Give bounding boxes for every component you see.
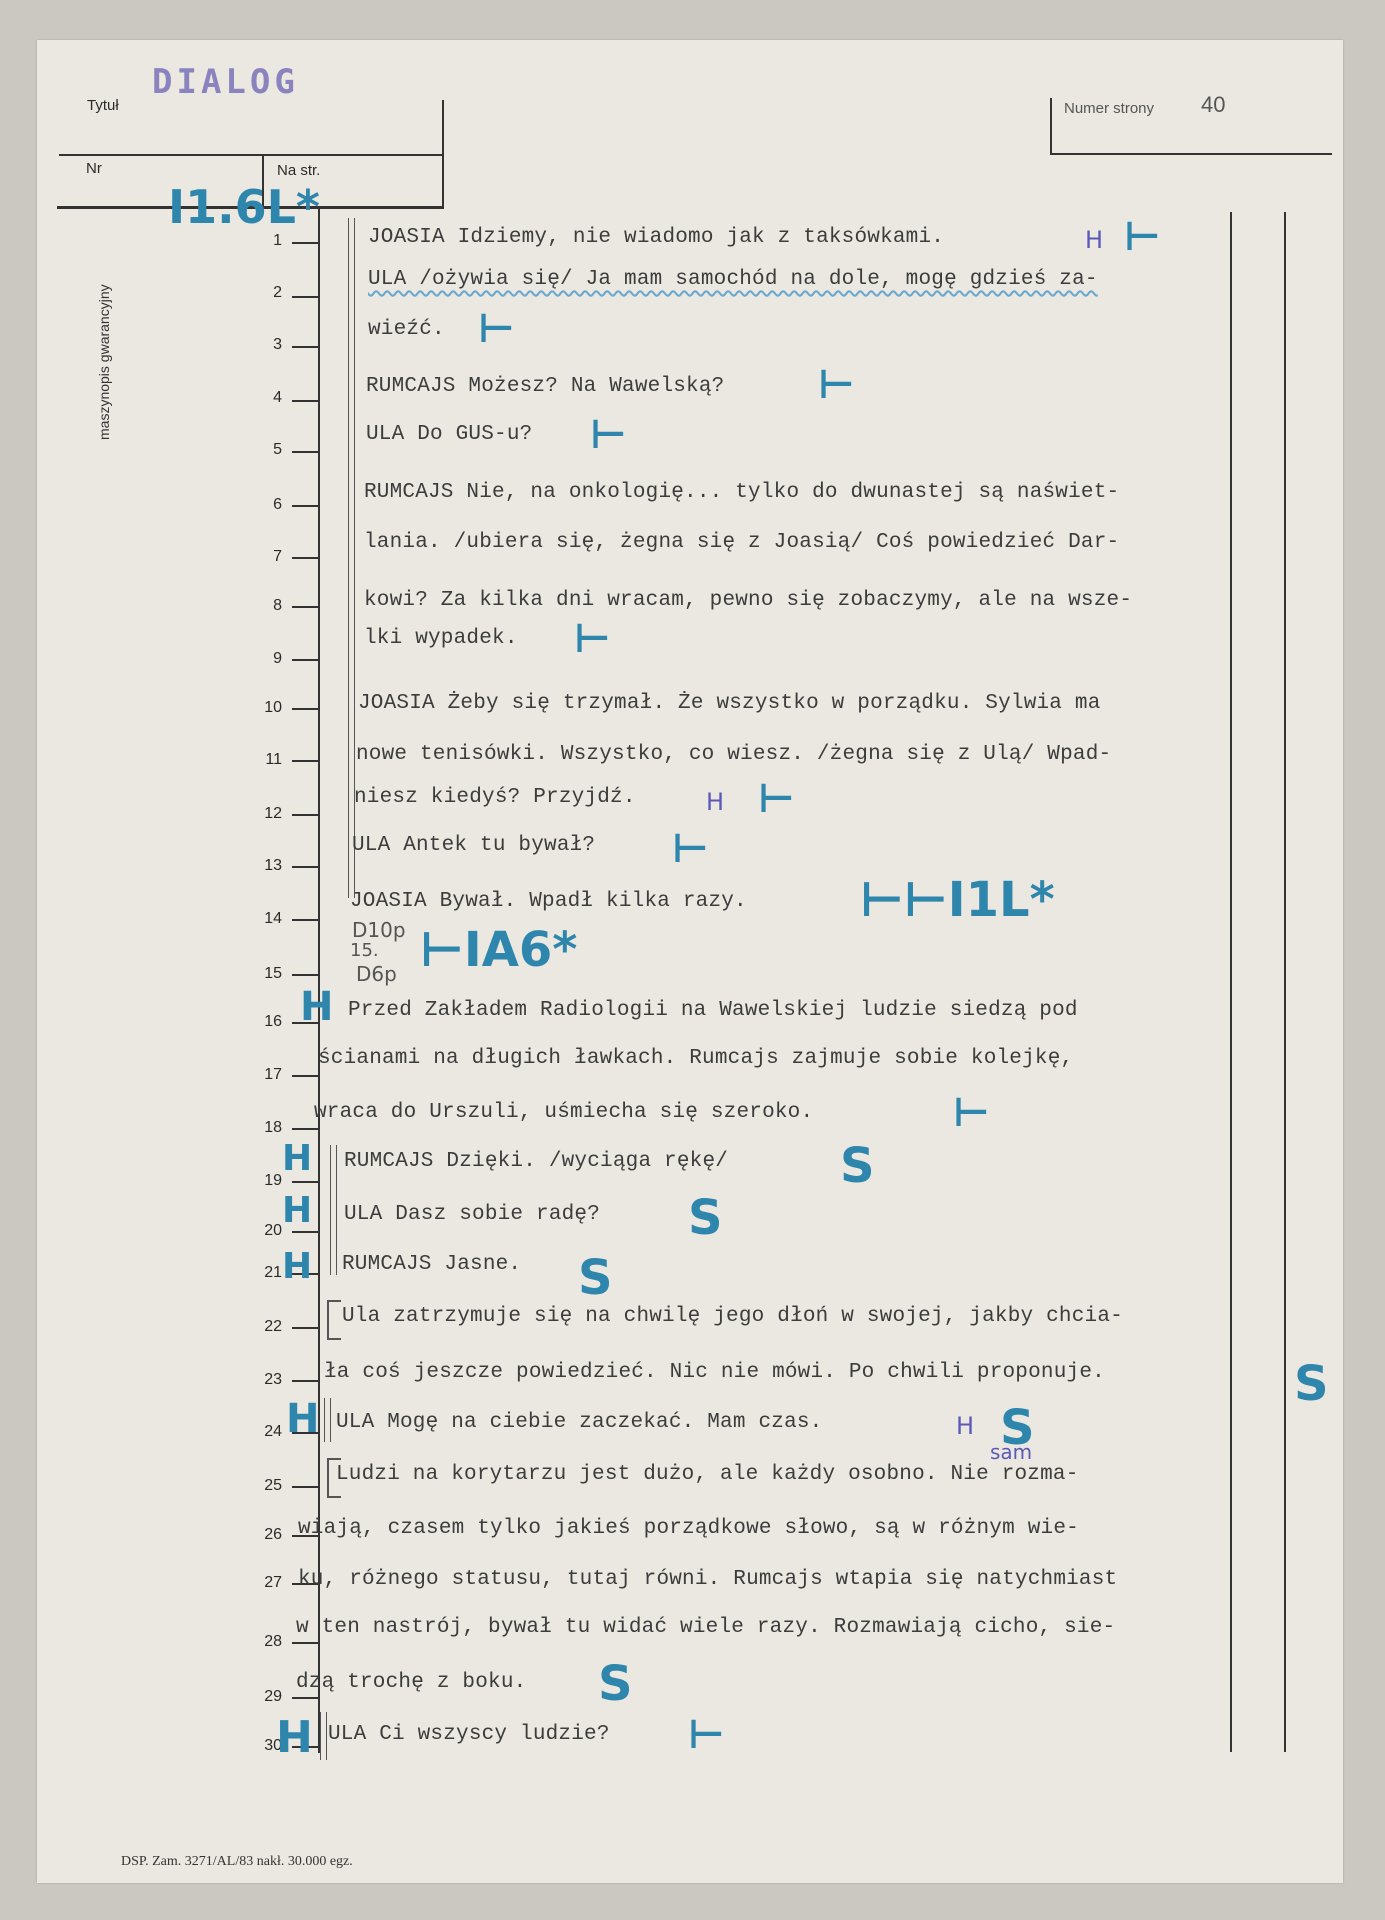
line-tick bbox=[292, 919, 318, 921]
cut-mark-icon: ⊢ bbox=[574, 616, 611, 662]
title-stamp: DIALOG bbox=[152, 62, 299, 102]
s-mark-icon: S bbox=[1000, 1400, 1035, 1456]
print-footer: DSP. Zam. 3271/AL/83 nakł. 30.000 egz. bbox=[121, 1854, 353, 1870]
line-number: 1 bbox=[256, 232, 282, 250]
handwritten-note: 15. bbox=[350, 940, 379, 961]
stage-direction-underlined: ULA /ożywia się/ Ja mam samochód na dole… bbox=[368, 268, 1098, 291]
cut-mark-icon: ⊢ bbox=[953, 1090, 990, 1136]
line-number: 23 bbox=[256, 1371, 282, 1389]
line-tick bbox=[292, 1231, 318, 1233]
line-tick bbox=[292, 400, 318, 402]
line-number: 9 bbox=[256, 650, 282, 668]
cut-mark-icon: ⊢ bbox=[590, 412, 627, 458]
page-number: 40 bbox=[1201, 92, 1225, 118]
right-margin-line-2 bbox=[1284, 212, 1286, 1752]
script-line: w ten nastrój, bywał tu widać wiele razy… bbox=[296, 1616, 1115, 1639]
line-tick bbox=[292, 505, 318, 507]
script-line: RUMCAJS Jasne. bbox=[342, 1253, 521, 1276]
line-tick bbox=[292, 760, 318, 762]
page-number-label: Numer strony bbox=[1064, 100, 1154, 117]
cut-mark-icon: ⊢ bbox=[672, 826, 709, 872]
nr-label: Nr bbox=[86, 160, 102, 177]
page-number-box-bottom bbox=[1050, 153, 1332, 155]
cut-mark-icon: ⊢ bbox=[688, 1712, 725, 1758]
s-mark-icon: S bbox=[578, 1250, 613, 1306]
scene-code-annotation: I1.6L* bbox=[168, 180, 320, 234]
script-line: JOASIA Bywał. Wpadł kilka razy. bbox=[350, 890, 747, 913]
s-mark-icon: S bbox=[840, 1138, 875, 1194]
line-tick bbox=[292, 451, 318, 453]
line-tick bbox=[292, 1380, 318, 1382]
script-line: JOASIA Idziemy, nie wiadomo jak z taksów… bbox=[368, 226, 944, 249]
script-line: RUMCAJS Dzięki. /wyciąga rękę/ bbox=[344, 1150, 728, 1173]
line-number: 22 bbox=[256, 1318, 282, 1336]
line-tick bbox=[292, 1128, 318, 1130]
line-tick bbox=[292, 866, 318, 868]
script-line: lki wypadek. bbox=[364, 627, 518, 650]
line-number: 25 bbox=[256, 1477, 282, 1495]
line-tick bbox=[292, 557, 318, 559]
line-number: 5 bbox=[256, 441, 282, 459]
line-number: 11 bbox=[256, 751, 282, 769]
s-mark-icon: S bbox=[688, 1190, 723, 1246]
line-tick bbox=[292, 296, 318, 298]
line-tick bbox=[292, 659, 318, 661]
cut-mark-icon: ⊢ bbox=[758, 776, 795, 822]
pause-mark-icon: H bbox=[1085, 226, 1103, 254]
line-tick bbox=[292, 814, 318, 816]
title-label: Tytuł bbox=[87, 97, 119, 114]
line-number: 15 bbox=[256, 965, 282, 983]
line-number: 24 bbox=[256, 1423, 282, 1441]
line-tick bbox=[292, 708, 318, 710]
script-line: ULA Antek tu bywał? bbox=[352, 834, 595, 857]
script-line: lania. /ubiera się, żegna się z Joasią/ … bbox=[364, 531, 1119, 554]
document-page bbox=[37, 40, 1343, 1883]
margin-mark-icon: H bbox=[300, 984, 333, 1030]
margin-mark-icon: H bbox=[282, 1190, 312, 1231]
script-line: niesz kiedyś? Przyjdź. bbox=[354, 786, 636, 809]
margin-mark-icon: H bbox=[282, 1138, 312, 1179]
script-line: wiają, czasem tylko jakieś porządkowe sł… bbox=[298, 1517, 1079, 1540]
line-number: 16 bbox=[256, 1013, 282, 1031]
line-number: 28 bbox=[256, 1633, 282, 1651]
cut-mark-icon: ⊢ bbox=[478, 306, 515, 352]
script-line: RUMCAJS Nie, na onkologię... tylko do dw… bbox=[364, 481, 1119, 504]
cut-mark-icon: ⊢ bbox=[1124, 214, 1161, 260]
line-number: 17 bbox=[256, 1066, 282, 1084]
dialogue-bar bbox=[330, 1145, 337, 1275]
shot-code-annotation: ⊢⊢I1L* bbox=[860, 872, 1055, 928]
script-line: Przed Zakładem Radiologii na Wawelskiej … bbox=[348, 999, 1078, 1022]
line-number: 3 bbox=[256, 336, 282, 354]
script-line: dzą trochę z boku. bbox=[296, 1671, 526, 1694]
script-line: ku, różnego statusu, tutaj równi. Rumcaj… bbox=[298, 1568, 1117, 1591]
s-mark-icon: S bbox=[598, 1656, 633, 1712]
line-number: 20 bbox=[256, 1222, 282, 1240]
line-tick bbox=[292, 974, 318, 976]
line-number: 2 bbox=[256, 284, 282, 302]
line-tick bbox=[292, 1486, 318, 1488]
line-number: 8 bbox=[256, 597, 282, 615]
line-number: 27 bbox=[256, 1574, 282, 1592]
line-tick bbox=[292, 1642, 318, 1644]
script-line: wraca do Urszuli, uśmiecha się szeroko. bbox=[314, 1101, 813, 1124]
handwritten-note: D6p bbox=[356, 962, 397, 986]
vertical-note: maszynopis gwarancyjny bbox=[96, 284, 112, 440]
line-tick bbox=[292, 606, 318, 608]
script-line: ULA Dasz sobie radę? bbox=[344, 1203, 600, 1226]
pause-mark-icon: H bbox=[706, 788, 724, 816]
line-number: 19 bbox=[256, 1172, 282, 1190]
script-line: kowi? Za kilka dni wracam, pewno się zob… bbox=[364, 589, 1132, 612]
cut-mark-icon: ⊢ bbox=[818, 362, 855, 408]
line-number: 6 bbox=[256, 496, 282, 514]
script-line: RUMCAJS Możesz? Na Wawelską? bbox=[366, 375, 724, 398]
line-number: 10 bbox=[256, 699, 282, 717]
handwritten-note: D10p bbox=[352, 918, 406, 942]
pause-mark-icon: H bbox=[956, 1412, 974, 1440]
line-number: 12 bbox=[256, 805, 282, 823]
script-line: Ula zatrzymuje się na chwilę jego dłoń w… bbox=[342, 1305, 1123, 1328]
action-bracket bbox=[327, 1300, 341, 1340]
script-line: wieźć. bbox=[368, 318, 445, 341]
dialogue-bar bbox=[320, 1712, 327, 1760]
script-line: ła coś jeszcze powiedzieć. Nic nie mówi.… bbox=[324, 1361, 1105, 1384]
script-line: ULA Do GUS-u? bbox=[366, 423, 532, 446]
script-line: JOASIA Żeby się trzymał. Że wszystko w p… bbox=[358, 692, 1101, 715]
margin-mark-icon: H bbox=[286, 1396, 319, 1442]
dialogue-bar bbox=[324, 1398, 331, 1442]
line-number: 13 bbox=[256, 857, 282, 875]
line-tick bbox=[292, 242, 318, 244]
right-margin-line-1 bbox=[1230, 212, 1232, 1752]
script-line: ULA Ci wszyscy ludzie? bbox=[328, 1723, 610, 1746]
title-box-divider bbox=[59, 154, 444, 156]
line-number: 18 bbox=[256, 1119, 282, 1137]
na-str-label: Na str. bbox=[277, 162, 320, 179]
line-tick bbox=[292, 1075, 318, 1077]
script-line: ULA /ożywia się/ Ja mam samochód na dole… bbox=[368, 268, 1098, 291]
page-number-box-left bbox=[1050, 98, 1052, 154]
margin-mark-icon: H bbox=[276, 1712, 313, 1763]
line-number: 4 bbox=[256, 389, 282, 407]
line-tick bbox=[292, 1327, 318, 1329]
script-line: ULA Mogę na ciebie zaczekać. Mam czas. bbox=[336, 1411, 822, 1434]
scene-code-annotation: ⊢IA6* bbox=[420, 922, 577, 978]
script-line: nowe tenisówki. Wszystko, co wiesz. /żeg… bbox=[356, 743, 1111, 766]
line-number: 7 bbox=[256, 548, 282, 566]
s-mark-icon: S bbox=[1294, 1356, 1329, 1412]
line-tick bbox=[292, 346, 318, 348]
line-tick bbox=[292, 1181, 318, 1183]
line-number: 26 bbox=[256, 1526, 282, 1544]
margin-mark-icon: H bbox=[282, 1246, 312, 1287]
script-line: ścianami na długich ławkach. Rumcajs zaj… bbox=[318, 1047, 1073, 1070]
line-number: 21 bbox=[256, 1264, 282, 1282]
script-line: Ludzi na korytarzu jest dużo, ale każdy … bbox=[336, 1463, 1079, 1486]
line-number: 29 bbox=[256, 1688, 282, 1706]
line-number: 14 bbox=[256, 910, 282, 928]
line-tick bbox=[292, 1697, 318, 1699]
